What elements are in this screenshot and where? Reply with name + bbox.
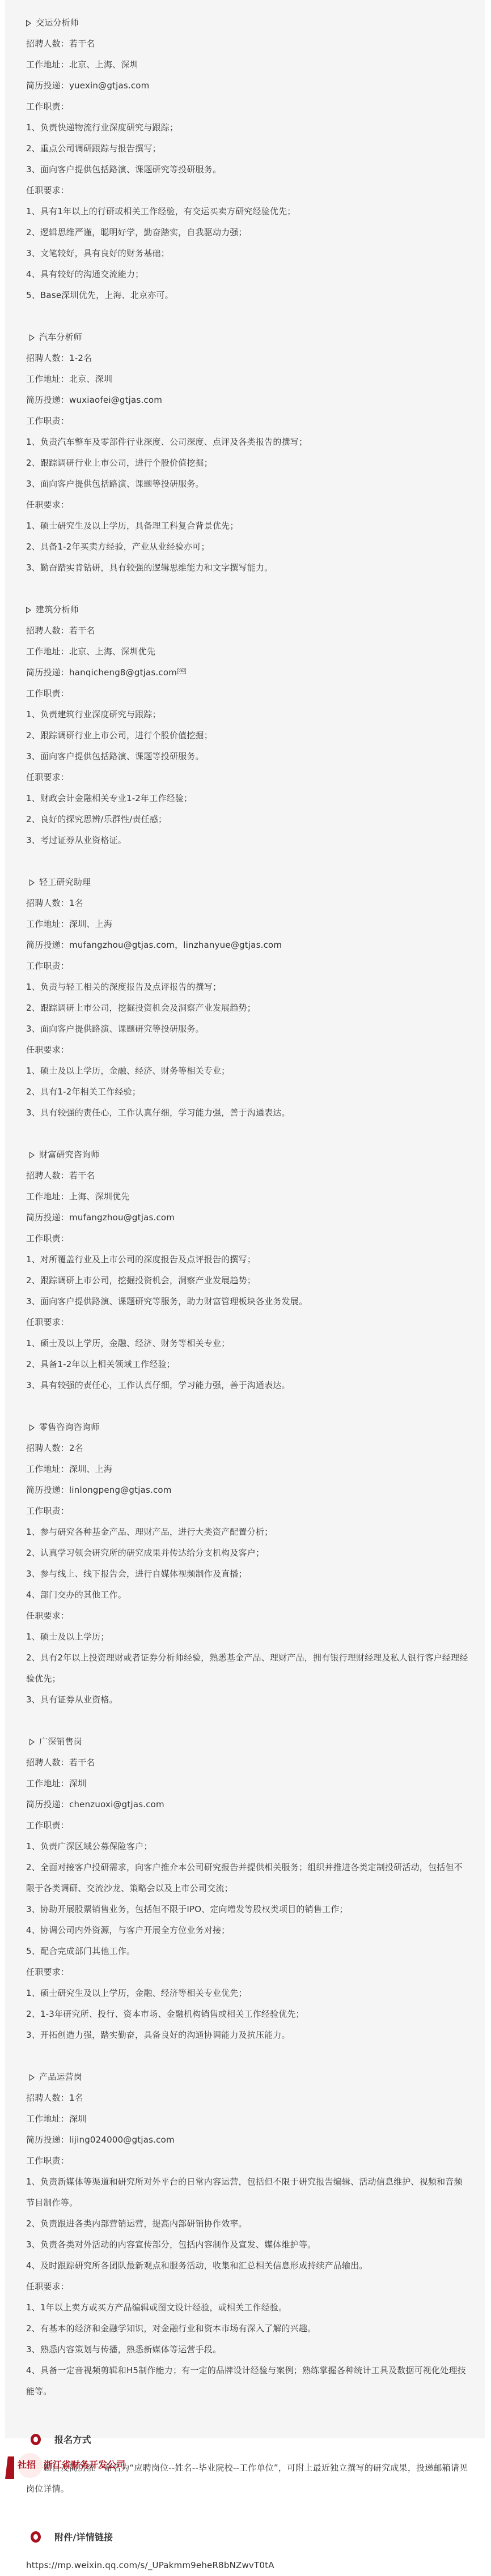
requirement-item: 4、具备一定音视频剪辑和H5制作能力；有一定的品牌设计经验与案例；熟练掌握各种统… [26, 2360, 468, 2402]
duty-item: 1、负责快递物流行业深度研究与跟踪； [26, 117, 468, 138]
headcount-row: 招聘人数：若干名 [26, 620, 468, 641]
email-address[interactable]: lijing024000@gtjas.com [69, 2135, 175, 2145]
email-row: 简历投递：mufangzhou@gtjas.com [26, 1207, 468, 1228]
email-row: 简历投递：chenzuoxi@gtjas.com [26, 1794, 468, 1815]
requirement-item: 1、1年以上卖方或买方产品编辑或图文设计经验，或相关工作经验。 [26, 2297, 468, 2318]
requirement-item: 3、考过证券从业资格证。 [26, 830, 468, 851]
email-row: 简历投递：mufangzhou@gtjas.com，linzhanyue@gtj… [26, 935, 468, 956]
job-title: 轻工研究助理 [26, 872, 468, 893]
requirement-item: 3、具有较强的责任心，工作认真仔细，学习能力强，善于沟通表达。 [26, 1102, 468, 1123]
requirement-item: 3、熟悉内容策划与传播，熟悉新媒体等运营手段。 [26, 2339, 468, 2360]
banner-company: 浙江省财务开发公司 [44, 2459, 125, 2462]
triangle-right-icon [29, 334, 35, 341]
email-address[interactable]: mufangzhou@gtjas.com，linzhanyue@gtjas.co… [69, 940, 282, 950]
triangle-right-icon [26, 20, 31, 27]
email-address[interactable]: linlongpeng@gtjas.com [69, 1485, 172, 1495]
duty-item: 1、负责建筑行业深度研究与跟踪； [26, 704, 468, 725]
location-row: 工作地址：深圳、上海 [26, 1459, 468, 1480]
section-title: 报名方式 [54, 2429, 91, 2450]
headcount-row: 招聘人数：若干名 [26, 1752, 468, 1773]
requirements-heading: 任职要求： [26, 1606, 468, 1627]
requirement-item: 2、1-3年研究所、投行、资本市场、金融机构销售或相关工作经验优先； [26, 2004, 468, 2025]
duty-item: 2、全面对接客户投研需求，向客户推介本公司研究报告并提供相关服务；组织并推进各类… [26, 1857, 468, 1899]
duties-heading: 工作职责： [26, 1501, 468, 1522]
location-row: 工作地址：深圳 [26, 1773, 468, 1794]
duty-item: 2、跟踪调研上市公司，挖掘投资机会，洞察产业发展趋势； [26, 1270, 468, 1291]
duty-item: 3、负责各类对外活动的内容宣传部分，包括内容制作及宣发、媒体维护等。 [26, 2234, 468, 2255]
triangle-right-icon [29, 1739, 35, 1745]
duty-item: 1、负责汽车整车及零部件行业深度、公司深度、点评及各类报告的撰写； [26, 432, 468, 453]
job-title: 交运分析师 [26, 12, 468, 33]
duty-item: 3、面向客户提供路演、课题研究等服务，助力财富管理板块各业务发展。 [26, 1291, 468, 1312]
job-block: 广深销售岗 招聘人数：若干名 工作地址：深圳 简历投递：chenzuoxi@gt… [26, 1731, 468, 2046]
requirements-heading: 任职要求： [26, 2276, 468, 2297]
triangle-right-icon [29, 879, 35, 886]
requirement-item: 1、硕士研究生及以上学历，金融、经济等相关专业优先； [26, 1983, 468, 2004]
location-row: 工作地址：北京、上海、深圳优先 [26, 641, 468, 662]
requirement-item: 3、具有较强的责任心，工作认真仔细，学习能力强，善于沟通表达。 [26, 1375, 468, 1396]
duty-item: 4、及时跟踪研究所各团队最新观点和服务活动，收集和汇总相关信息形成持续产品输出。 [26, 2255, 468, 2276]
duties-heading: 工作职责： [26, 2151, 468, 2171]
location-row: 工作地址：深圳、上海 [26, 914, 468, 935]
headcount-row: 招聘人数：1-2名 [26, 348, 468, 369]
job-title: 建筑分析师 [26, 599, 468, 620]
location-row: 工作地址：深圳 [26, 2109, 468, 2130]
duty-item: 1、负责与轻工相关的深度报告及点评报告的撰写； [26, 977, 468, 998]
email-row: 简历投递：linlongpeng@gtjas.com [26, 1480, 468, 1501]
duty-item: 3、参与线上、线下报告会，进行自媒体视频制作及直播； [26, 1564, 468, 1585]
requirement-item: 2、具有2年以上投资理财或者证券分析师经验，熟悉基金产品、理财产品，拥有银行理财… [26, 1647, 468, 1689]
duties-heading: 工作职责： [26, 1228, 468, 1249]
requirements-heading: 任职要求： [26, 1312, 468, 1333]
triangle-right-icon [29, 2074, 35, 2081]
duty-item: 2、重点公司调研跟踪与报告撰写； [26, 138, 468, 159]
headcount-row: 招聘人数：2名 [26, 1438, 468, 1459]
requirement-item: 1、财政会计金融相关专业1-2年工作经验； [26, 788, 468, 809]
duties-heading: 工作职责： [26, 411, 468, 432]
requirement-item: 1、硕士及以上学历，金融、经济、财务等相关专业； [26, 1333, 468, 1354]
headcount-row: 招聘人数：1名 [26, 893, 468, 914]
job-block: 财富研究咨询师 招聘人数：若干名 工作地址：上海、深圳优先 简历投递：mufan… [26, 1144, 468, 1396]
requirements-heading: 任职要求： [26, 1962, 468, 1983]
requirement-item: 1、具有1年以上的行研或相关工作经验，有交运买卖方研究经验优先； [26, 201, 468, 222]
requirements-heading: 任职要求： [26, 495, 468, 516]
requirements-heading: 任职要求： [26, 180, 468, 201]
apply-section-header: 报名方式 [26, 2428, 468, 2451]
job-title: 财富研究咨询师 [26, 1144, 468, 1165]
duty-item: 2、负责跟进各类内部营销运营，提高内部研销协作效率。 [26, 2213, 468, 2234]
requirement-item: 2、良好的探究思辨/乐群性/责任感； [26, 809, 468, 830]
headcount-row: 招聘人数：若干名 [26, 1165, 468, 1186]
triangle-right-icon [29, 1152, 35, 1159]
email-address[interactable]: mufangzhou@gtjas.com [69, 1212, 175, 1223]
requirement-item: 3、具有证券从业资格。 [26, 1689, 468, 1710]
triangle-right-icon [26, 607, 31, 614]
ring-bullet-icon [31, 2434, 41, 2445]
job-title: 汽车分析师 [26, 327, 468, 348]
duty-item: 3、面向客户提供包括路演、课题等投研服务。 [26, 474, 468, 495]
duty-item: 1、负责广深区域公募保险客户； [26, 1836, 468, 1857]
requirement-item: 1、硕士及以上学历，金融、经济、财务等相关专业； [26, 1061, 468, 1082]
email-row: 简历投递：yuexin@gtjas.com [26, 75, 468, 96]
requirement-item: 3、文笔较好，具有良好的财务基础； [26, 243, 468, 264]
duty-item: 3、面向客户提供包括路演、课题等投研服务。 [26, 746, 468, 767]
job-title: 产品运营岗 [26, 2067, 468, 2088]
triangle-right-icon [29, 1424, 35, 1431]
job-block: 零售咨询咨询师 招聘人数：2名 工作地址：深圳、上海 简历投递：linlongp… [26, 1417, 468, 1710]
duties-heading: 工作职责： [26, 956, 468, 977]
duties-heading: 工作职责： [26, 96, 468, 117]
duty-item: 2、跟踪调研行业上市公司，进行个股价值挖掘； [26, 453, 468, 474]
banner-tag: 社招 [18, 2459, 36, 2462]
duty-item: 4、部门交办的其他工作。 [26, 1585, 468, 1606]
requirement-item: 2、具备1-2年买卖方经验，产业从业经验亦可； [26, 537, 468, 557]
next-section-banner: 社招浙江省财务开发公司 [5, 2453, 232, 2462]
job-block: 汽车分析师 招聘人数：1-2名 工作地址：北京、深圳 简历投递：wuxiaofe… [26, 327, 468, 578]
duty-item: 3、面向客户提供路演、课题研究等投研服务。 [26, 1019, 468, 1040]
email-address[interactable]: hanqicheng8@gtjas.com [69, 667, 177, 678]
requirement-item: 3、勤奋踏实肯钻研，具有较强的逻辑思维能力和文字撰写能力。 [26, 557, 468, 578]
banner-flag-decoration [5, 2456, 14, 2462]
headcount-row: 招聘人数：1名 [26, 2088, 468, 2109]
duties-heading: 工作职责： [26, 1815, 468, 1836]
requirement-item: 2、有基本的经济和金融学知识，对金融行业和资本市场有深入了解的兴趣。 [26, 2318, 468, 2339]
email-address[interactable]: chenzuoxi@gtjas.com [69, 1799, 164, 1809]
job-title: 零售咨询咨询师 [26, 1417, 468, 1438]
requirement-item: 2、具备1-2年以上相关领域工作经验； [26, 1354, 468, 1375]
requirement-item: 4、具有较好的沟通交流能力； [26, 264, 468, 285]
duty-item: 5、配合完成部门其他工作。 [26, 1941, 468, 1962]
requirements-heading: 任职要求： [26, 1040, 468, 1061]
job-block: 交运分析师 招聘人数：若干名 工作地址：北京、上海、深圳 简历投递：yuexin… [26, 12, 468, 306]
location-row: 工作地址：北京、上海、深圳 [26, 54, 468, 75]
headcount-row: 招聘人数：若干名 [26, 33, 468, 54]
email-address[interactable]: yuexin@gtjas.com [69, 80, 149, 91]
requirement-item: 1、硕士研究生及以上学历，具备理工科复合背景优先； [26, 516, 468, 537]
banner-heading: 社招浙江省财务开发公司 [18, 2458, 125, 2462]
duty-item: 4、协调公司内外资源，与客户开展全方位业务对接； [26, 1920, 468, 1941]
duty-item: 2、认真学习领会研究所的研究成果并传达给分支机构及客户； [26, 1543, 468, 1564]
location-row: 工作地址：北京、深圳 [26, 369, 468, 390]
email-row: 简历投递：lijing024000@gtjas.com [26, 2130, 468, 2151]
job-block: 建筑分析师 招聘人数：若干名 工作地址：北京、上海、深圳优先 简历投递：hanq… [26, 599, 468, 851]
duty-item: 1、对所覆盖行业及上市公司的深度报告及点评报告的撰写； [26, 1249, 468, 1270]
email-row: 简历投递：hanqicheng8@gtjas.comOBJ [26, 662, 468, 683]
duty-item: 2、跟踪调研上市公司，挖掘投资机会及洞察产业发展趋势； [26, 998, 468, 1019]
duty-item: 3、面向客户提供包括路演、课题研究等投研服务。 [26, 159, 468, 180]
job-title: 广深销售岗 [26, 1731, 468, 1752]
requirement-item: 5、Base深圳优先，上海、北京亦可。 [26, 285, 468, 306]
duty-item: 1、参与研究各种基金产品、理财产品，进行大类资产配置分析； [26, 1522, 468, 1543]
duties-heading: 工作职责： [26, 683, 468, 704]
email-address[interactable]: wuxiaofei@gtjas.com [69, 395, 162, 405]
requirement-item: 2、具有1-2年相关工作经验； [26, 1082, 468, 1102]
requirement-item: 1、硕士及以上学历； [26, 1627, 468, 1647]
duty-item: 1、负责新媒体等渠道和研究所对外平台的日常内容运营，包括但不限于研究报告编辑、活… [26, 2171, 468, 2213]
duty-item: 2、跟踪调研行业上市公司，进行个股价值挖掘； [26, 725, 468, 746]
object-placeholder-icon: OBJ [177, 669, 186, 674]
job-listing-content: 交运分析师 招聘人数：若干名 工作地址：北京、上海、深圳 简历投递：yuexin… [26, 12, 468, 2462]
location-row: 工作地址：上海、深圳优先 [26, 1186, 468, 1207]
requirement-item: 2、逻辑思维严谨，聪明好学，勤奋踏实，自我驱动力强； [26, 222, 468, 243]
email-row: 简历投递：wuxiaofei@gtjas.com [26, 390, 468, 411]
duty-item: 3、协助开展股票销售业务，包括但不限于IPO、定向增发等股权类项目的销售工作； [26, 1899, 468, 1920]
job-block: 轻工研究助理 招聘人数：1名 工作地址：深圳、上海 简历投递：mufangzho… [26, 872, 468, 1123]
requirement-item: 3、开拓创造力强，踏实勤奋，具备良好的沟通协调能力及抗压能力。 [26, 2025, 468, 2046]
requirements-heading: 任职要求： [26, 767, 468, 788]
job-block: 产品运营岗 招聘人数：1名 工作地址：深圳 简历投递：lijing024000@… [26, 2067, 468, 2402]
